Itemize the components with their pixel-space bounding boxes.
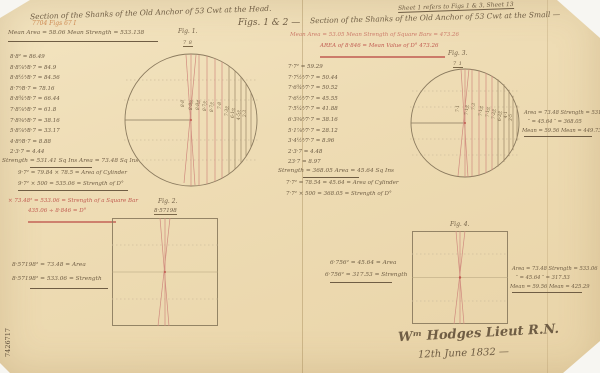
fig2-area-line: 8·57198² = 73.48 = Area (12, 262, 86, 268)
fig3-summary-line2: ″ = 45.64 ″ = 368.05 (528, 119, 582, 125)
calc-row: 7·5¼²⁄7·7 = 41.88 (288, 104, 338, 115)
fig3-chord-label: 7·1¼ (480, 104, 485, 116)
calc-row: 5·1⅞²⁄7·7 = 28.12 (288, 126, 338, 137)
fig2-square-diagram (112, 218, 218, 330)
left-strength-total: Strength = 531.41 Sq Ins Area = 73.48 Sq… (2, 158, 138, 164)
right-red-underline (320, 56, 445, 58)
fig3-chord-label: 3·5 (510, 114, 515, 121)
calc-row: 7·6½²⁄7·7 = 45.55 (288, 94, 338, 105)
plate-number: 7426717 (4, 328, 12, 357)
fig1-chord-label: 8·7⅞ (204, 99, 209, 111)
fig1-chord-label: 7·8 (219, 102, 224, 109)
left-calc-column: 8·8² = 86.49 8·8⅞²⁄8·7 = 84.9 8·8½²⁄8·7 … (10, 52, 60, 158)
fig2-strength-line: 8·57198² = 533.06 = Strength (12, 276, 102, 282)
fig3-label: Fig. 3. (448, 50, 467, 57)
calc-row: 7·7½²⁄7·7 = 50.44 (288, 73, 338, 84)
fig4-strength-line: 6·756² = 317.53 = Strength (325, 272, 407, 278)
calc-row: 23·7 = 8.97 (288, 157, 338, 168)
fig1-label: Fig. 1. (178, 28, 197, 35)
figs-reference: Figs. 1 & 2 — (238, 18, 300, 28)
left-cylinder-area: 9·7² = 79.84 × 78.5 = Area of Cylinder (18, 170, 127, 176)
left-cylinder-underline (18, 190, 128, 191)
calc-row: 7·6¾²⁄7·7 = 50.52 (288, 83, 338, 94)
calc-row: 8·7²⁄8·7 = 78.16 (10, 84, 60, 95)
fig2-label: Fig. 2. (158, 198, 177, 205)
calc-row: 2·3·7 = 4.48 (288, 147, 338, 158)
calc-row: 8·8⅞²⁄8·7 = 84.9 (10, 63, 60, 74)
fig3-chord-label: 7·3 (473, 103, 478, 110)
right-red-mean-line1: Mean Area = 53.05 Mean Strength of Squar… (290, 32, 459, 38)
fig4-area-line: 6·756² = 45.64 = Area (330, 260, 396, 266)
fig4-square-diagram (412, 231, 508, 328)
calc-row: 6·3⅜²⁄7·7 = 38.16 (288, 115, 338, 126)
fig3-chord-label: 7·1⅜ (466, 103, 471, 115)
fig4-summary-underline (512, 292, 582, 293)
calc-row: 3·4½²⁄7·7 = 8.96 (288, 136, 338, 147)
calc-row: 7·7² = 59.29 (288, 62, 338, 73)
left-cylinder-strength: 9·7² × 500 = 535.06 = Strength of D° (18, 181, 124, 187)
calc-row: 4·8²⁄8·7 = 8.88 (10, 137, 60, 148)
left-sheet-title: Section of the Shanks of the Old Anchor … (30, 4, 272, 21)
date: 12th June 1832 — (418, 346, 509, 360)
catalog-reference: 7704 Figs 67 I (32, 20, 76, 27)
center-fold-crease (302, 0, 303, 373)
calc-row: 2·3·7 = 4.44 (10, 147, 60, 158)
left-square-bar-ratio: 435.06 ÷ 8·846 = D° (28, 208, 86, 214)
fig1-chord-label: 2·3 (244, 110, 249, 117)
fig4-underline (330, 282, 392, 283)
fig4-summary-line1: Area = 73.48 Strength = 533.06 (512, 266, 598, 272)
right-fold-crease (547, 0, 548, 373)
left-mean-underline (8, 41, 158, 42)
calc-row: 7·8⅞²⁄8·7 = 61.8 (10, 105, 60, 116)
fig1-chord-label: 8·8¼ (197, 98, 202, 110)
left-mean-line: Mean Area = 58.06 Mean Strength = 533.13… (8, 30, 144, 36)
fig1-chord-label: 8·8 (182, 100, 187, 107)
right-calc-column: 7·7² = 59.29 7·7½²⁄7·7 = 50.44 7·6¾²⁄7·7… (288, 62, 338, 168)
calc-row: 5·8⅞²⁄8·7 = 33.17 (10, 126, 60, 137)
fig3-summary-line1: Area = 73.48 Strength = 531.41 (524, 110, 600, 116)
fig2-square-svg (112, 218, 218, 326)
fig3-circle-svg (410, 67, 520, 179)
right-cylinder-area: 7·7² = 78.54 = 45.64 = Area of Cylinder (286, 180, 399, 186)
left-red-underline (28, 221, 116, 223)
right-strength-underline (303, 177, 359, 178)
fig3-circle-diagram: 7·1 7·1⅜ 7·3 7·1¼ 7·1½ 7·2⅜ 6·2⅜ 4·1 3·5 (410, 67, 520, 183)
fig3-summary-underline (524, 136, 592, 137)
left-strength-underline (30, 167, 92, 168)
fig1-circle-diagram: 8·8 8·8½ 8·8¼ 8·7⅞ 8·7⅝ 7·8 7·3⅜ 6·1½ 4·… (124, 52, 258, 192)
fig2-underline (30, 288, 108, 289)
right-cylinder-strength: 7·7² × 500 = 368.05 = Strength of D° (286, 191, 392, 197)
right-sheet-title: Section of the Shanks of the Old Anchor … (310, 10, 560, 26)
right-red-mean-line2: AREA of 8·846 = Mean Value of D° 473.26 (320, 43, 439, 49)
fig4-summary-line3: Mean = 59.56 Mean = 425.29 (510, 284, 590, 290)
fig4-summary-line2: ″ = 45.64 ″ = 317.53 (516, 275, 570, 281)
calc-row: 8·8½²⁄8·7 = 84.56 (10, 73, 60, 84)
fig3-summary-line3: Mean = 59.56 Mean = 449.73 (522, 128, 600, 134)
fig4-label: Fig. 4. (450, 221, 469, 228)
fig1-top-mark: 7 8 (183, 40, 193, 47)
fig2-value: 8·57198 (154, 208, 177, 215)
calc-row: 8·8¾²⁄8·7 = 66.44 (10, 94, 60, 105)
fig4-square-svg (412, 231, 508, 324)
calc-row: 8·8² = 86.49 (10, 52, 60, 63)
left-square-bar-strength: × 73.48² = 533.06 = Strength of a Square… (8, 198, 138, 204)
fig3-chord-label: 7·1 (457, 105, 462, 112)
fig1-chord-label: 8·7⅝ (211, 100, 216, 112)
calc-row: 7·8⅜²⁄8·7 = 38.16 (10, 116, 60, 127)
scanned-document-paper: Section of the Shanks of the Old Anchor … (0, 0, 600, 373)
fig1-chord-label: 8·8½ (190, 98, 195, 110)
right-strength-total: Strength = 368.05 Area = 45.64 Sq Ins (278, 168, 394, 174)
